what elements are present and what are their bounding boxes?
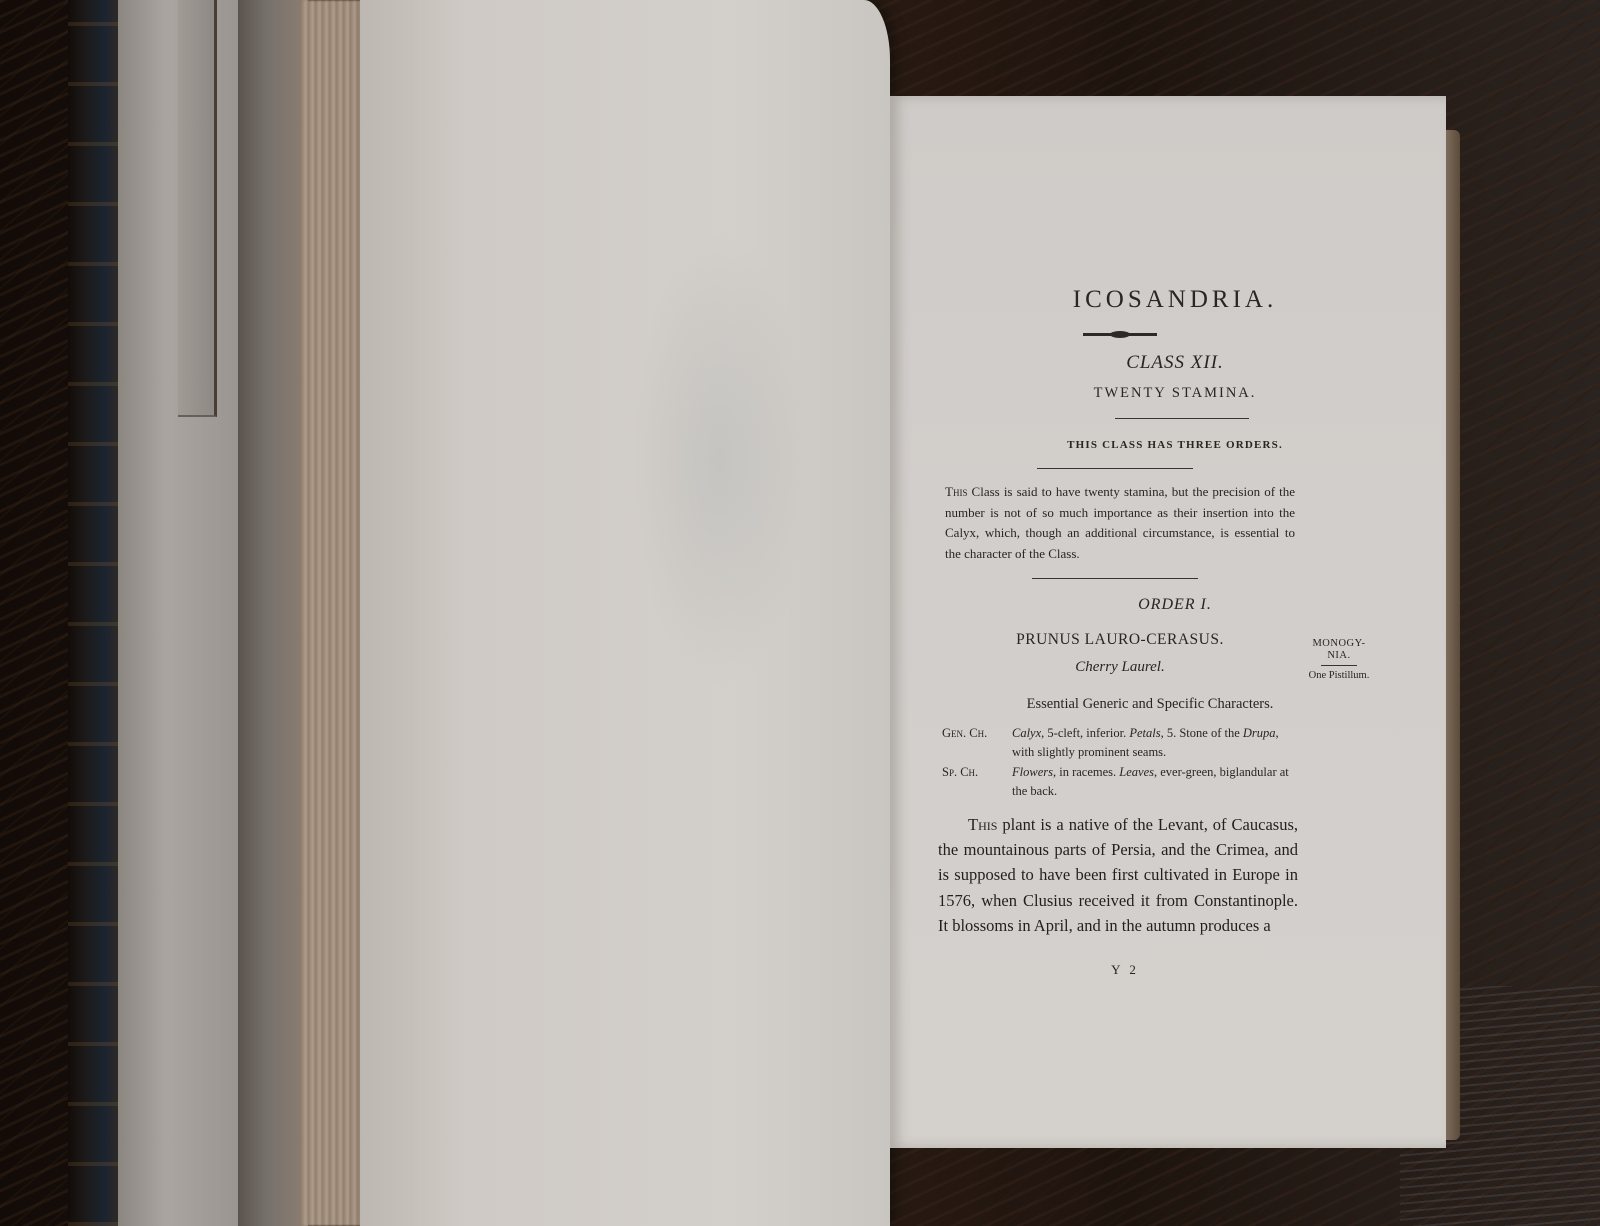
signature-mark: Y 2: [1090, 962, 1160, 978]
margin-note-line1: MONOGY-: [1295, 638, 1383, 650]
margin-note-sub: One Pistillum.: [1295, 670, 1383, 682]
rule-divider: [1115, 418, 1249, 419]
specific-character: Sp. Ch. Flowers, in racemes. Leaves, eve…: [942, 763, 1302, 782]
page-stack: [238, 0, 308, 1226]
characters-heading: Essential Generic and Specific Character…: [950, 696, 1350, 713]
class-title: ICOSANDRIA.: [990, 286, 1360, 314]
species-name: PRUNUS LAURO-CERASUS.: [950, 631, 1290, 649]
character-text: Calyx, 5-cleft, inferior. Petals, 5. Sto…: [1012, 724, 1302, 762]
margin-note-line2: NIA.: [1295, 650, 1383, 662]
class-meaning: TWENTY STAMINA.: [990, 385, 1360, 402]
body-paragraph: This plant is a native of the Levant, of…: [938, 812, 1298, 938]
character-label: Sp. Ch.: [942, 763, 1012, 782]
rule-divider: [1037, 468, 1193, 469]
ornament-divider: [1083, 333, 1157, 336]
margin-note: MONOGY- NIA. One Pistillum.: [1295, 638, 1383, 682]
class-number: CLASS XII.: [990, 352, 1360, 374]
body-lead: This: [968, 815, 997, 834]
left-page-blank[interactable]: [360, 0, 890, 1226]
intro-lead: This: [945, 484, 967, 499]
generic-character: Gen. Ch. Calyx, 5-cleft, inferior. Petal…: [942, 724, 1302, 743]
margin-note-rule: [1321, 665, 1357, 666]
bleed-through-illustration: [630, 230, 810, 690]
common-name: Cherry Laurel.: [950, 659, 1290, 676]
character-label: Gen. Ch.: [942, 724, 1012, 743]
order-heading: ORDER I.: [990, 596, 1360, 614]
text: , in racemes.: [1053, 765, 1119, 779]
right-page[interactable]: ICOSANDRIA. CLASS XII. TWENTY STAMINA. T…: [890, 96, 1446, 1148]
term: Petals: [1129, 726, 1160, 740]
rule-divider: [1032, 578, 1198, 579]
character-text: Flowers, in racemes. Leaves, ever-green,…: [1012, 763, 1302, 801]
term: Calyx: [1012, 726, 1041, 740]
orders-note: THIS CLASS HAS THREE ORDERS.: [990, 439, 1360, 451]
term: Drupa: [1243, 726, 1276, 740]
text: , 5-cleft, inferior.: [1041, 726, 1129, 740]
term: Leaves: [1119, 765, 1154, 779]
intro-paragraph: This Class is said to have twenty stamin…: [945, 482, 1295, 564]
intro-text: Class is said to have twenty stamina, bu…: [945, 484, 1295, 561]
text: , 5. Stone of the: [1161, 726, 1243, 740]
term: Flowers: [1012, 765, 1053, 779]
endpaper-fold: [178, 0, 217, 417]
